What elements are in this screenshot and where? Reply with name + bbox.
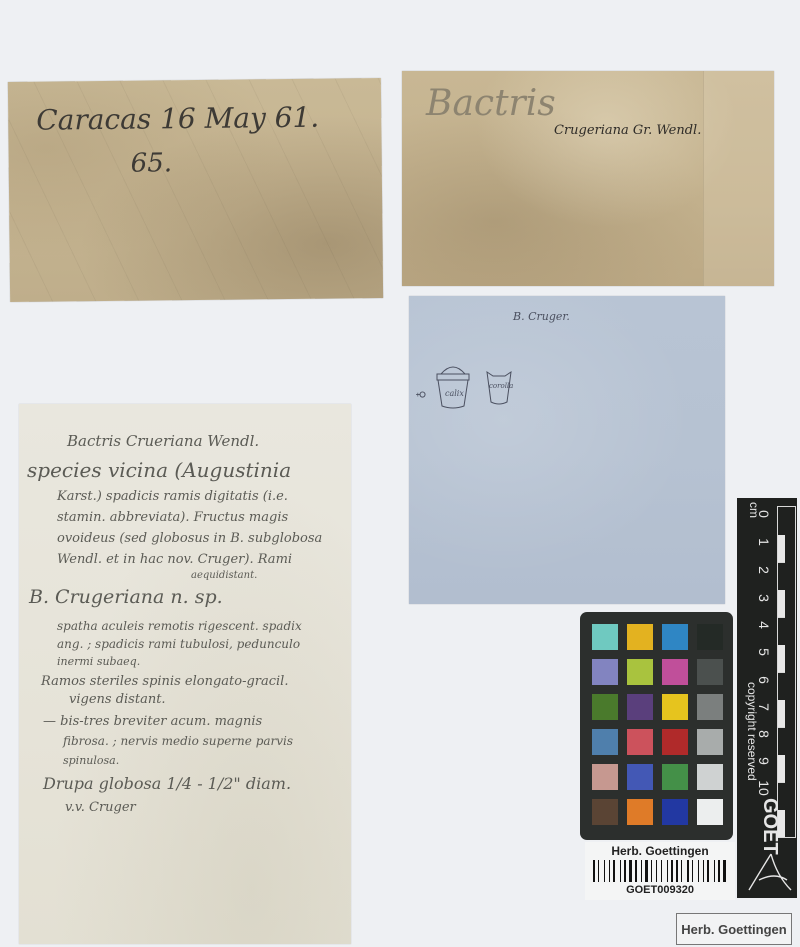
female-mark-icon: ♀: [415, 390, 428, 398]
notes-line: aequidistant.: [191, 570, 257, 581]
ruler-tick: 10: [756, 779, 772, 797]
notes-line: inermi subaeq.: [57, 655, 140, 668]
ruler-tick: 5: [756, 643, 772, 661]
notes-line: Wendl. et in hac nov. Cruger). Rami: [57, 552, 292, 567]
color-swatch: [592, 624, 618, 650]
ruler-segment: [778, 755, 785, 784]
ruler-tick: 4: [756, 616, 772, 634]
color-swatch: [592, 764, 618, 790]
ruler-scale: [777, 506, 796, 838]
notes-line: Bactris Crueriana Wendl.: [67, 432, 259, 450]
notes-line: B. Crugeriana n. sp.: [29, 586, 223, 608]
blue-sketch-sheet: B. Cruger. ♀ calix corolla: [409, 296, 725, 604]
ruler-tick: 2: [756, 561, 772, 579]
barcode-icon: [593, 860, 727, 882]
calyx-label: calix: [445, 389, 464, 398]
ruler-segment: [778, 535, 785, 564]
color-swatch: [592, 694, 618, 720]
goet-logo: GOET: [758, 798, 781, 855]
color-calibration-chart: [580, 612, 733, 840]
color-swatch: [627, 729, 653, 755]
barcode-label: Herb. Goettingen GOET009320: [585, 842, 735, 900]
ruler-segment: [778, 562, 785, 591]
ruler-segment: [778, 617, 785, 646]
color-swatch: [662, 799, 688, 825]
color-swatch: [662, 729, 688, 755]
notes-line: stamin. abbreviata). Fructus magis: [57, 510, 288, 525]
notes-line: v.v. Cruger: [65, 800, 136, 815]
ruler-segment: [778, 700, 785, 729]
envelope-label-left: Caracas 16 May 61. 65.: [8, 78, 383, 302]
notes-line: ovoideus (sed globosus in B. subglobosa: [57, 531, 322, 546]
color-swatch: [627, 799, 653, 825]
ruler-segment: [778, 645, 785, 674]
notes-line: species vicina (Augustinia: [27, 458, 291, 482]
notes-line: Karst.) spadicis ramis digitatis (i.e.: [57, 489, 288, 504]
goet-logo-icon: [741, 850, 793, 894]
color-swatch: [662, 694, 688, 720]
notes-line: spatha aculeis remotis rigescent. spadix: [57, 619, 302, 633]
sheet-heading: B. Cruger.: [513, 310, 570, 323]
notes-line: ang. ; spadicis rami tubulosi, pedunculo: [57, 637, 300, 651]
color-swatch: [662, 764, 688, 790]
color-swatch: [697, 659, 723, 685]
copyright-text: copyright reserved: [745, 682, 759, 781]
notes-line: vigens distant.: [69, 692, 166, 707]
ruler-tick: 0: [756, 505, 772, 523]
color-swatch: [697, 694, 723, 720]
species-name: Crugeriana Gr. Wendl.: [554, 123, 701, 138]
herbarium-stamp: Herb. Goettingen: [676, 913, 792, 945]
color-swatch: [697, 799, 723, 825]
color-swatch: [592, 659, 618, 685]
ruler-tick: 1: [756, 533, 772, 551]
barcode-id: GOET009320: [585, 884, 735, 896]
envelope-flap: [703, 71, 774, 286]
color-swatch: [627, 624, 653, 650]
color-swatch: [627, 659, 653, 685]
color-swatch: [697, 729, 723, 755]
genus-name: Bactris: [426, 83, 556, 124]
scale-ruler: cm 0 1 2 3 4 5 6 7 8 9 10 copyright rese…: [737, 498, 797, 898]
collection-locality-date: Caracas 16 May 61.: [36, 101, 319, 137]
handwritten-notes-sheet: Bactris Crueriana Wendl. species vicina …: [19, 404, 351, 944]
collection-number: 65.: [131, 148, 173, 178]
color-swatch: [592, 729, 618, 755]
ruler-tick: 3: [756, 589, 772, 607]
ruler-segment: [778, 727, 785, 756]
ruler-segment: [778, 590, 785, 619]
color-swatch: [627, 694, 653, 720]
color-swatch: [627, 764, 653, 790]
notes-line: — bis-tres breviter acum. magnis: [43, 714, 262, 729]
color-swatch: [697, 624, 723, 650]
color-swatch: [662, 624, 688, 650]
envelope-label-right: Bactris Crugeriana Gr. Wendl.: [402, 71, 774, 286]
color-swatch: [592, 799, 618, 825]
notes-line: Ramos steriles spinis elongato-gracil.: [41, 674, 288, 689]
color-swatch: [697, 764, 723, 790]
color-swatch: [662, 659, 688, 685]
notes-line: fibrosa. ; nervis medio superne parvis: [63, 734, 293, 748]
ruler-segment: [778, 507, 785, 536]
barcode-institution: Herb. Goettingen: [585, 844, 735, 858]
corolla-label: corolla: [489, 382, 513, 390]
notes-line: Drupa globosa 1/4 - 1/2" diam.: [43, 774, 291, 793]
notes-line: spinulosa.: [63, 754, 119, 767]
ruler-segment: [778, 672, 785, 701]
